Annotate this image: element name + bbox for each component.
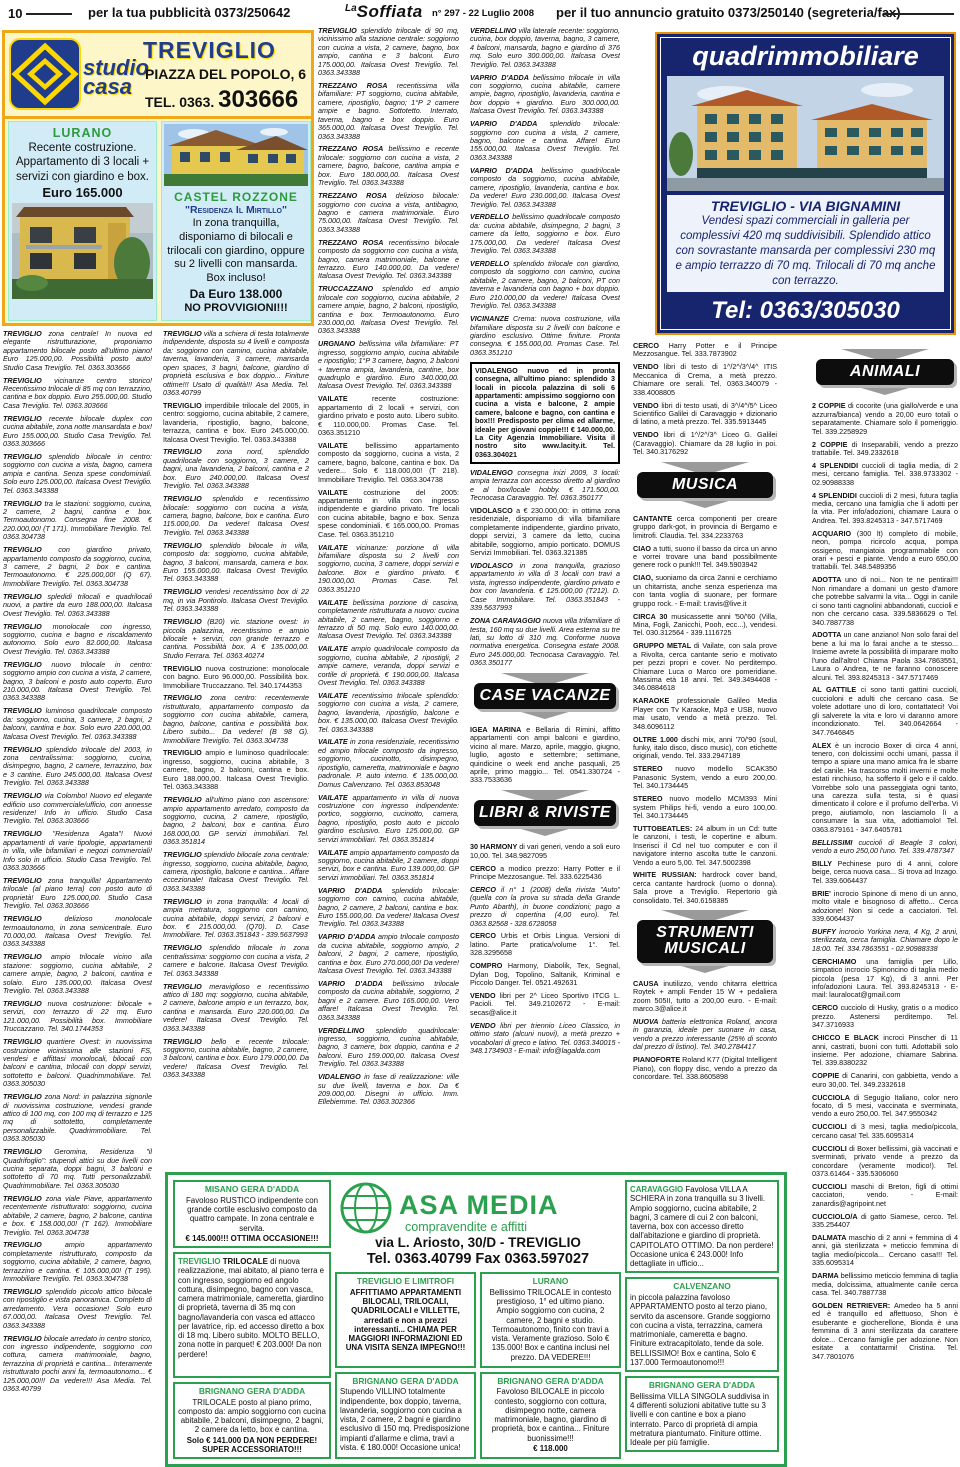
lurano-title: LURANO (9, 126, 156, 140)
classified-ad: VENDO libri di testo usati, di 3^/4^/5^ … (633, 402, 777, 427)
classified-ad: VIDALENGO in fase di realizzazione: vill… (318, 1073, 459, 1107)
classified-ad: CAUSA inutilizzo, vendo chitarra elettri… (633, 980, 777, 1014)
classified-ad: 4 SPLENDIDI cuccioli di taglia media, di… (812, 462, 958, 487)
classified-ad: 30 HARMONY di vari generi, vendo a soli … (470, 843, 620, 860)
classified-ad: VAILATE recente costruzione: appartament… (318, 395, 459, 437)
classified-ad: VAPRIO D'ADDA bellissimo trilocale in vi… (470, 74, 620, 116)
classified-ad: GOLDEN RETRIEVER: Amedeo ha 5 anni ed è … (812, 1302, 958, 1361)
classified-ad: VENDO libri per 2^ Liceo Sportivo ITCG L… (470, 992, 620, 1017)
classified-ad: ADOTTA uno di noi... Non te ne pentirai!… (812, 576, 958, 627)
affitti-box: TREVIGLIO E LIMITROFI AFFITTIAMO APPARTA… (335, 1272, 476, 1368)
classified-ad: VAPRIO D'ADDA bellissimo trilocale compo… (318, 980, 459, 1022)
classified-ad: TREVIGLIO splendido bilocale in villa, c… (163, 542, 309, 584)
classified-ad: TREVIGLIO tra le stazioni: soggiorno, cu… (3, 500, 152, 542)
classified-ad: TREVIGLIO con giardino privato, appartam… (3, 546, 152, 588)
brignano-trilocale-box: BRIGNANO GERA D'ADDA TRILOCALE posto al … (173, 1382, 331, 1459)
classified-ad: TREVIGLIO spledidi trilocali e quadriloc… (3, 593, 152, 618)
classified-ad: VERDELLINO splendido quadrilocale: ingre… (318, 1027, 459, 1069)
classifieds-column-5: CERCO Harry Potter e il Principe Mezzosa… (633, 342, 777, 1168)
classified-ad: TREVIGLIO imperdibile trilocale del 2005… (163, 402, 309, 444)
classified-ad: BILLY Pechinese puro di 4 anni, colore b… (812, 860, 958, 885)
classified-ad: TREVIGLIO all'ultimo piano con ascensore… (163, 796, 309, 847)
classified-ad: VAILATE ampio appartamento composto da s… (318, 849, 459, 883)
classified-ad: TREVIGLIO vicinanze centro storico! Rece… (3, 377, 152, 411)
classified-ad: VAILATE recentissimo trilocale splendido… (318, 692, 459, 734)
classified-ad: CUCCIOLA di Segugio Italiano, color nero… (812, 1094, 958, 1119)
classified-ad: CUCCIOLI maschi di Breton, figli di otti… (812, 1183, 958, 1208)
classified-ad: TREVIGLIO zona centrale! In nuova ed ele… (3, 330, 152, 372)
misano-box: MISANO GERA D'ADDA Favoloso RUSTICO indi… (173, 1180, 331, 1248)
classified-ad: VAILATE vicinanze: porzione di villa bif… (318, 544, 459, 595)
classified-ad: TREZZANO ROSA delizioso bilocale: soggio… (318, 192, 459, 234)
classified-ad: TREVIGLIO bello e recente trilocale: sog… (163, 1038, 309, 1080)
classified-ad: VIDALENGO consegna inizi 2009, 3 locali:… (470, 469, 620, 503)
studio-casa-header: studio casa TREVIGLIO PIAZZA DEL POPOLO,… (5, 33, 311, 119)
classified-ad: BELLISSIMI cuccioli di Beagle 3 colori, … (812, 839, 958, 856)
classified-ad: TREVIGLIO delizioso monolocale termoauto… (3, 915, 152, 949)
classified-ad: VAPRIO D'ADDA splendido trilocale: soggi… (318, 887, 459, 929)
classified-ad: BUFFY incrocio Yorkina nera, 4 Kg, 2 ann… (812, 928, 958, 953)
classified-ad: VAPRIO D'ADDA bellissimo quadrilocale co… (470, 167, 620, 209)
header-rule-right (884, 13, 954, 15)
classified-ad: TREVIGLIO villa a schiera di testa total… (163, 330, 309, 397)
castel-subtitle: "Residenza Il Mirtillo" (162, 204, 310, 216)
castel-rozzone-render-photo (164, 124, 308, 186)
classified-ad: TREVIGLIO meraviglioso e recentissimo at… (163, 983, 309, 1034)
classified-ad: TREVIGLIO vendesi recentissimo box di 22… (163, 588, 309, 613)
classified-ad: TREVIGLIO zona centro: recentemente rist… (163, 694, 309, 745)
classified-ad: CERCO a modico prezzo: Harry Potter e il… (470, 865, 620, 882)
classified-ad: 4 SPLENDIDI cuccioli di 2 mesi, futura t… (812, 492, 958, 526)
classified-ad: TREVIGLIO splendido bilocale in centro: … (3, 453, 152, 495)
studio-casa-ad: studio casa TREVIGLIO PIAZZA DEL POPOLO,… (2, 30, 314, 326)
classified-ad: COPPIE di Canarini, con gabbietta, vendo… (812, 1072, 958, 1089)
advertising-phone-text: per la tua pubblicità 0373/250642 (88, 5, 290, 20)
brignano-bilocale-box: BRIGNANO GERA D'ADDA Favoloso BILOCALE i… (480, 1372, 621, 1459)
classifieds-column-3: TREVIGLIO splendido trilocale di 90 mq, … (318, 27, 459, 1168)
classified-ad: TUTTOBEATLES: 24 album in un Cd: tutte l… (633, 825, 777, 867)
classified-ad: VAPRIO D'ADDA splendido trilocale: soggi… (470, 120, 620, 162)
classified-ad: VAILATE ampio quadrilocale composto da s… (318, 645, 459, 687)
studio-casa-logo-icon (9, 38, 81, 110)
section-label: MUSICA (637, 472, 773, 498)
classified-ad: COMPRO Harmony, Diabolik, Tex, Segnal, D… (470, 962, 620, 987)
classified-ad: BRIE' incrocio Spinone di meno di un ann… (812, 890, 958, 924)
globe-icon (337, 1182, 395, 1234)
classified-ad: CANTANTE cerca componenti per creare gru… (633, 515, 777, 540)
classified-ad: TREVIGLIO nuova costruzione: monolocale … (163, 665, 309, 690)
free-listing-phone-text: per il tuo annuncio gratuito 0373/250140… (556, 5, 901, 20)
classified-ad: VIDOLASCO a € 230.000,00: in ottima zona… (470, 507, 620, 558)
classified-ad: CERCO Harry Potter e il Principe Mezzosa… (633, 342, 777, 359)
classified-ad: ZONA CARAVAGGIO nuova villa trifamiliare… (470, 617, 620, 668)
classified-ad: STEREO nuovo modello SCAK350 Panasonic S… (633, 765, 777, 790)
classified-ad: CHICCO E BLACK incroci Pinscher di 11 an… (812, 1034, 958, 1068)
classified-ad: ADOTTA un cane anziano! Non solo farai d… (812, 631, 958, 682)
section-header-libri-riviste: LIBRI & RIVISTE (472, 790, 618, 836)
classified-ad: CUCCIOLI di Boxer bellissimi, già vaccin… (812, 1145, 958, 1179)
issue-date: n° 297 - 22 Luglio 2008 (432, 8, 534, 19)
classified-ad: VERDELLINO villa laterale recente: soggi… (470, 27, 620, 69)
asa-phone: Tel. 0363.40799 Fax 0363.597027 (335, 1251, 621, 1267)
boxed-classified-ad: VIDALENGO nuovo ed in pronta consegna, a… (470, 362, 620, 465)
classifieds-column-6: ANIMALI2 COPPIE di cocorite (una giallo/… (812, 344, 958, 1463)
asa-address: via L. Ariosto, 30/D - TREVIGLIO (335, 1235, 621, 1250)
section-label: STRUMENTI MUSICALI (637, 920, 773, 963)
header-rule-left (26, 13, 72, 15)
offer-body: Vendesi spazi commerciali in galleria pe… (671, 214, 940, 289)
classified-ad: TREVIGLIO luminoso quadrilocale composto… (3, 707, 152, 741)
section-label: CASE VACANZE (474, 683, 616, 709)
asa-tagline: compravendite e affitti (405, 1220, 527, 1234)
lurano-house-photo (12, 203, 153, 299)
building-render-photo (667, 76, 944, 191)
classified-ad: TREZZANO ROSA recentissima villa bifamil… (318, 82, 459, 141)
quadrimmobiliare-wordmark: quadrimmobiliare (661, 38, 950, 76)
classified-ad: ACQUARIO (300 lt) completo di mobile, ne… (812, 530, 958, 572)
classified-ad: TREVIGLIO splendido trilocale di 90 mq, … (318, 27, 459, 78)
asa-logo-zone: ASA MEDIA compravendite e affitti via L.… (335, 1180, 621, 1268)
classified-ad: TREVIGLIO splendido e recentissimo biloc… (163, 495, 309, 537)
asa-media-ad: MISANO GERA D'ADDA Favoloso RUSTICO indi… (165, 1172, 787, 1467)
classified-ad: TREVIGLIO bilocale arredato in centro st… (3, 1335, 152, 1394)
classified-ad: VENDO libri per triennio Liceo Classico,… (470, 1022, 620, 1056)
newspaper-classifieds-page: { "header": { "page_number": "10", "left… (0, 0, 960, 1467)
classified-ad: TREVIGLIO splendido piccolo attico biloc… (3, 1288, 152, 1330)
caravaggio-box: CARAVAGGIO Favolosa VILLA A SCHIERA in z… (625, 1180, 779, 1273)
classified-ad: TREVIGLIO "Residenza Agata"! Nuovi appar… (3, 830, 152, 872)
classified-ad: TREVIGLIO in zona tranquilla: 4 locali d… (163, 898, 309, 940)
classified-ad: GRUPPO METAL di Vailate, con sala prove … (633, 642, 777, 693)
classified-ad: STEREO nuovo modello MCM393 Mini system … (633, 795, 777, 820)
classified-ad: TREVIGLIO zona Nord: in palazzina signor… (3, 1093, 152, 1144)
classified-ad: TREVIGLIO splendido trilocale in zona ce… (163, 944, 309, 978)
classified-ad: DALMATA maschio di 2 anni + femmina di 4… (812, 1234, 958, 1268)
classified-ad: VAPRIO D'ADDA ampio trilocale composto d… (318, 933, 459, 975)
brignano-villino-box: BRIGNANO GERA D'ADDA Stupendo VILLINO to… (335, 1372, 476, 1459)
classified-ad: VAILATE bellissima porzione di cascina, … (318, 599, 459, 641)
classified-ad: CIRCA 30 musicassette anni '50/'60 (Vill… (633, 613, 777, 638)
classified-ad: VICINANZE Crema: nuova costruzione, vill… (470, 315, 620, 357)
page-header: 10 per la tua pubblicità 0373/250642 LaS… (0, 0, 960, 27)
castel-no-fee: NO PROVVIGIONI!!! (162, 301, 310, 317)
classified-ad: TREVIGLIO splendido bilocale zona centra… (163, 851, 309, 893)
classifieds-column-4: VERDELLINO villa laterale recente: soggi… (470, 27, 620, 1168)
lurano-price: Euro 165.000 (9, 185, 156, 200)
classified-ad: WHITE RUSSIAN: hardrock cover band, cerc… (633, 871, 777, 905)
classified-ad: CIAO, suoniamo da circa 2anni e cerchiam… (633, 574, 777, 608)
classifieds-column-2: TREVIGLIO villa a schiera di testa total… (163, 330, 309, 1168)
section-header-strumenti-musicali: STRUMENTI MUSICALI (635, 910, 775, 973)
classified-ad: VERDELLO bellissimo quadrilocale compost… (470, 213, 620, 255)
classified-ad: VAILATE costruzione del 2005: appartamen… (318, 489, 459, 540)
classified-ad: VIDOLASCO in zona tranquilla, grazioso a… (470, 562, 620, 613)
classified-ad: CERCO Urbis et Orbis Lingua. Versioni di… (470, 932, 620, 957)
asa-left-column: MISANO GERA D'ADDA Favoloso RUSTICO indi… (173, 1180, 331, 1459)
page-number: 10 (8, 6, 22, 21)
classified-ad: KARAOKE professionale Galileo Media Play… (633, 697, 777, 731)
section-header-case-vacanze: CASE VACANZE (472, 673, 618, 719)
classified-ad: VAILATE bellissimo appartamento composto… (318, 442, 459, 484)
masthead-logo: LaSoffiata (345, 2, 423, 22)
quadrimmobiliare-offer-text: TREVIGLIO - VIA BIGNAMINI Vendesi spazi … (667, 195, 944, 292)
classifieds-column-1: TREVIGLIO zona centrale! In nuova ed ele… (3, 330, 152, 1463)
classified-ad: VENDO libri di testo di 1^/2^/3^/4^ ITIS… (633, 363, 777, 397)
classified-ad: TREVIGLIO zona tranquilla! Appartamento … (3, 877, 152, 911)
classified-ad: VERDELLO splendido trilocale con giardin… (470, 260, 620, 311)
castel-rozzone-offer: CASTEL ROZZONE "Residenza Il Mirtillo" I… (161, 121, 311, 321)
classified-ad: TREVIGLIO zona viale Piave, appartamento… (3, 1195, 152, 1237)
lurano-text: Recente costruzione. Appartamento di 3 l… (9, 140, 156, 185)
classified-ad: CERCO il n° 1 (2008) della rivista "Auto… (470, 886, 620, 928)
classified-ad: IGEA MARINA e Bellaria di Rimini, affitt… (470, 726, 620, 785)
classified-ad: TRUCCAZZANO splendido ed ampio trilocale… (318, 285, 459, 336)
classified-ad: DARMA bellissimo meticcio femmina di tag… (812, 1272, 958, 1297)
agency-phone: TEL. 0363. 303666 (145, 86, 298, 114)
classified-ad: TREZZANO ROSA recentissimo bilocale comp… (318, 239, 459, 281)
classified-ad: TREVIGLIO ampio trilocale vicino alla st… (3, 953, 152, 995)
asa-right-column: CARAVAGGIO Favolosa VILLA A SCHIERA in z… (625, 1180, 779, 1459)
section-label: LIBRI & RIVISTE (474, 800, 616, 826)
classified-ad: VENDO libri di 1^/2^/3^ Liceo G. Galilei… (633, 431, 777, 456)
classified-ad: TREVIGLIO Geromina, Residenza "il Quadri… (3, 1148, 152, 1190)
classified-ad: TREVIGLIO quartiere Ovest: in nuovissima… (3, 1038, 152, 1089)
classified-ad: OLTRE 1.000 dischi mix, anni '70/'90 (so… (633, 736, 777, 761)
classified-ad: ALEX è un incrocio Boxer di circa 4 anni… (812, 742, 958, 835)
classified-ad: TREVIGLIO splendido trilocale del 2003, … (3, 746, 152, 788)
classified-ad: TREVIGLIO ampio appartamento completamen… (3, 1241, 152, 1283)
classified-ad: 2 COPPIE di Inseparabili, vendo a prezzo… (812, 441, 958, 458)
classified-ad: VAILATE in zona residenziale, recentissi… (318, 738, 459, 789)
classified-ad: TREVIGLIO (B20) vic. stazione ovest: in … (163, 618, 309, 660)
castel-text: In zona tranquilla, disponiamo di biloca… (162, 216, 310, 287)
asa-wordmark: ASA MEDIA (399, 1190, 559, 1221)
castel-title: CASTEL ROZZONE (162, 190, 310, 204)
classified-ad: CERCO cucciolo di Husky, gratis o a modi… (812, 1004, 958, 1029)
classified-ad: CIAO a tutti, suono il basso da circa un… (633, 545, 777, 570)
treviglio-trilocale-box: TREVIGLIO TRILOCALE di nuova realizzazio… (173, 1252, 331, 1378)
classified-ad: TREVIGLIO recente bilocale duplex con cu… (3, 415, 152, 449)
classified-ad: TREVIGLIO zona nord, splendido quadriloc… (163, 448, 309, 490)
section-header-animali: ANIMALI (814, 349, 956, 395)
classified-ad: VAILATE appartamento in villa di nuova c… (318, 794, 459, 845)
classified-ad: 2 COPPIE di cocorite (una giallo/verde e… (812, 402, 958, 436)
calvenzano-box: CALVENZANO in piccola palazzina favoloso… (625, 1277, 779, 1372)
offer-title: TREVIGLIO - VIA BIGNAMINI (671, 198, 940, 214)
classified-ad: TREVIGLIO nuova costruzione: bilocale + … (3, 1000, 152, 1034)
classified-ad: CERCHIAMO una famiglia per Lillo, simpat… (812, 958, 958, 1000)
section-label: ANIMALI (816, 359, 954, 385)
lurano-asa-box: LURANO Bellissimo TRILOCALE in contesto … (480, 1272, 621, 1368)
classified-ad: AL GATTILE ci sono tanti gattini cucciol… (812, 686, 958, 737)
classified-ad: TREVIGLIO ampio e luminoso quadrilocale:… (163, 749, 309, 791)
classified-ad: CUCCIOLO/A di gatto Siamese, cerco. Tel.… (812, 1213, 958, 1230)
section-header-musica: MUSICA (635, 462, 775, 508)
lurano-offer: LURANO Recente costruzione. Appartamento… (8, 121, 157, 321)
brignano-villa-singola-box: BRIGNANO GERA D'ADDA Bellissima VILLA SI… (625, 1376, 779, 1452)
classified-ad: TREVIGLIO monolocale con ingresso, soggi… (3, 623, 152, 657)
classified-ad: TREVIGLIO via Colombo! Nuovo ed elegante… (3, 792, 152, 826)
quadrimmobiliare-phone: Tel: 0363/305030 (661, 295, 950, 329)
classified-ad: URGNANO bellissima villa bifamiliare: PT… (318, 340, 459, 391)
asa-middle-column: ASA MEDIA compravendite e affitti via L.… (335, 1180, 621, 1459)
castel-price: Da Euro 138.000 (162, 287, 310, 301)
classified-ad: PIANOFORTE Roland K77 (Digital Intellige… (633, 1056, 777, 1081)
quadrimmobiliare-ad: quadrimmobiliare (655, 32, 956, 335)
classified-ad: CUCCIOLI di 3 mesi, taglia medio/piccola… (812, 1123, 958, 1140)
studio-casa-wordmark: studio casa (83, 59, 149, 96)
classified-ad: TREZZANO ROSA bellissimo e recente trilo… (318, 145, 459, 187)
classified-ad: TREVIGLIO nuovo trilocale in centro: sog… (3, 661, 152, 703)
agency-address: PIAZZA DEL POPOLO, 6 (145, 66, 306, 82)
agency-city: TREVIGLIO (143, 37, 276, 64)
classified-ad: NUOVA batteria elettronica Roland, ancor… (633, 1018, 777, 1052)
